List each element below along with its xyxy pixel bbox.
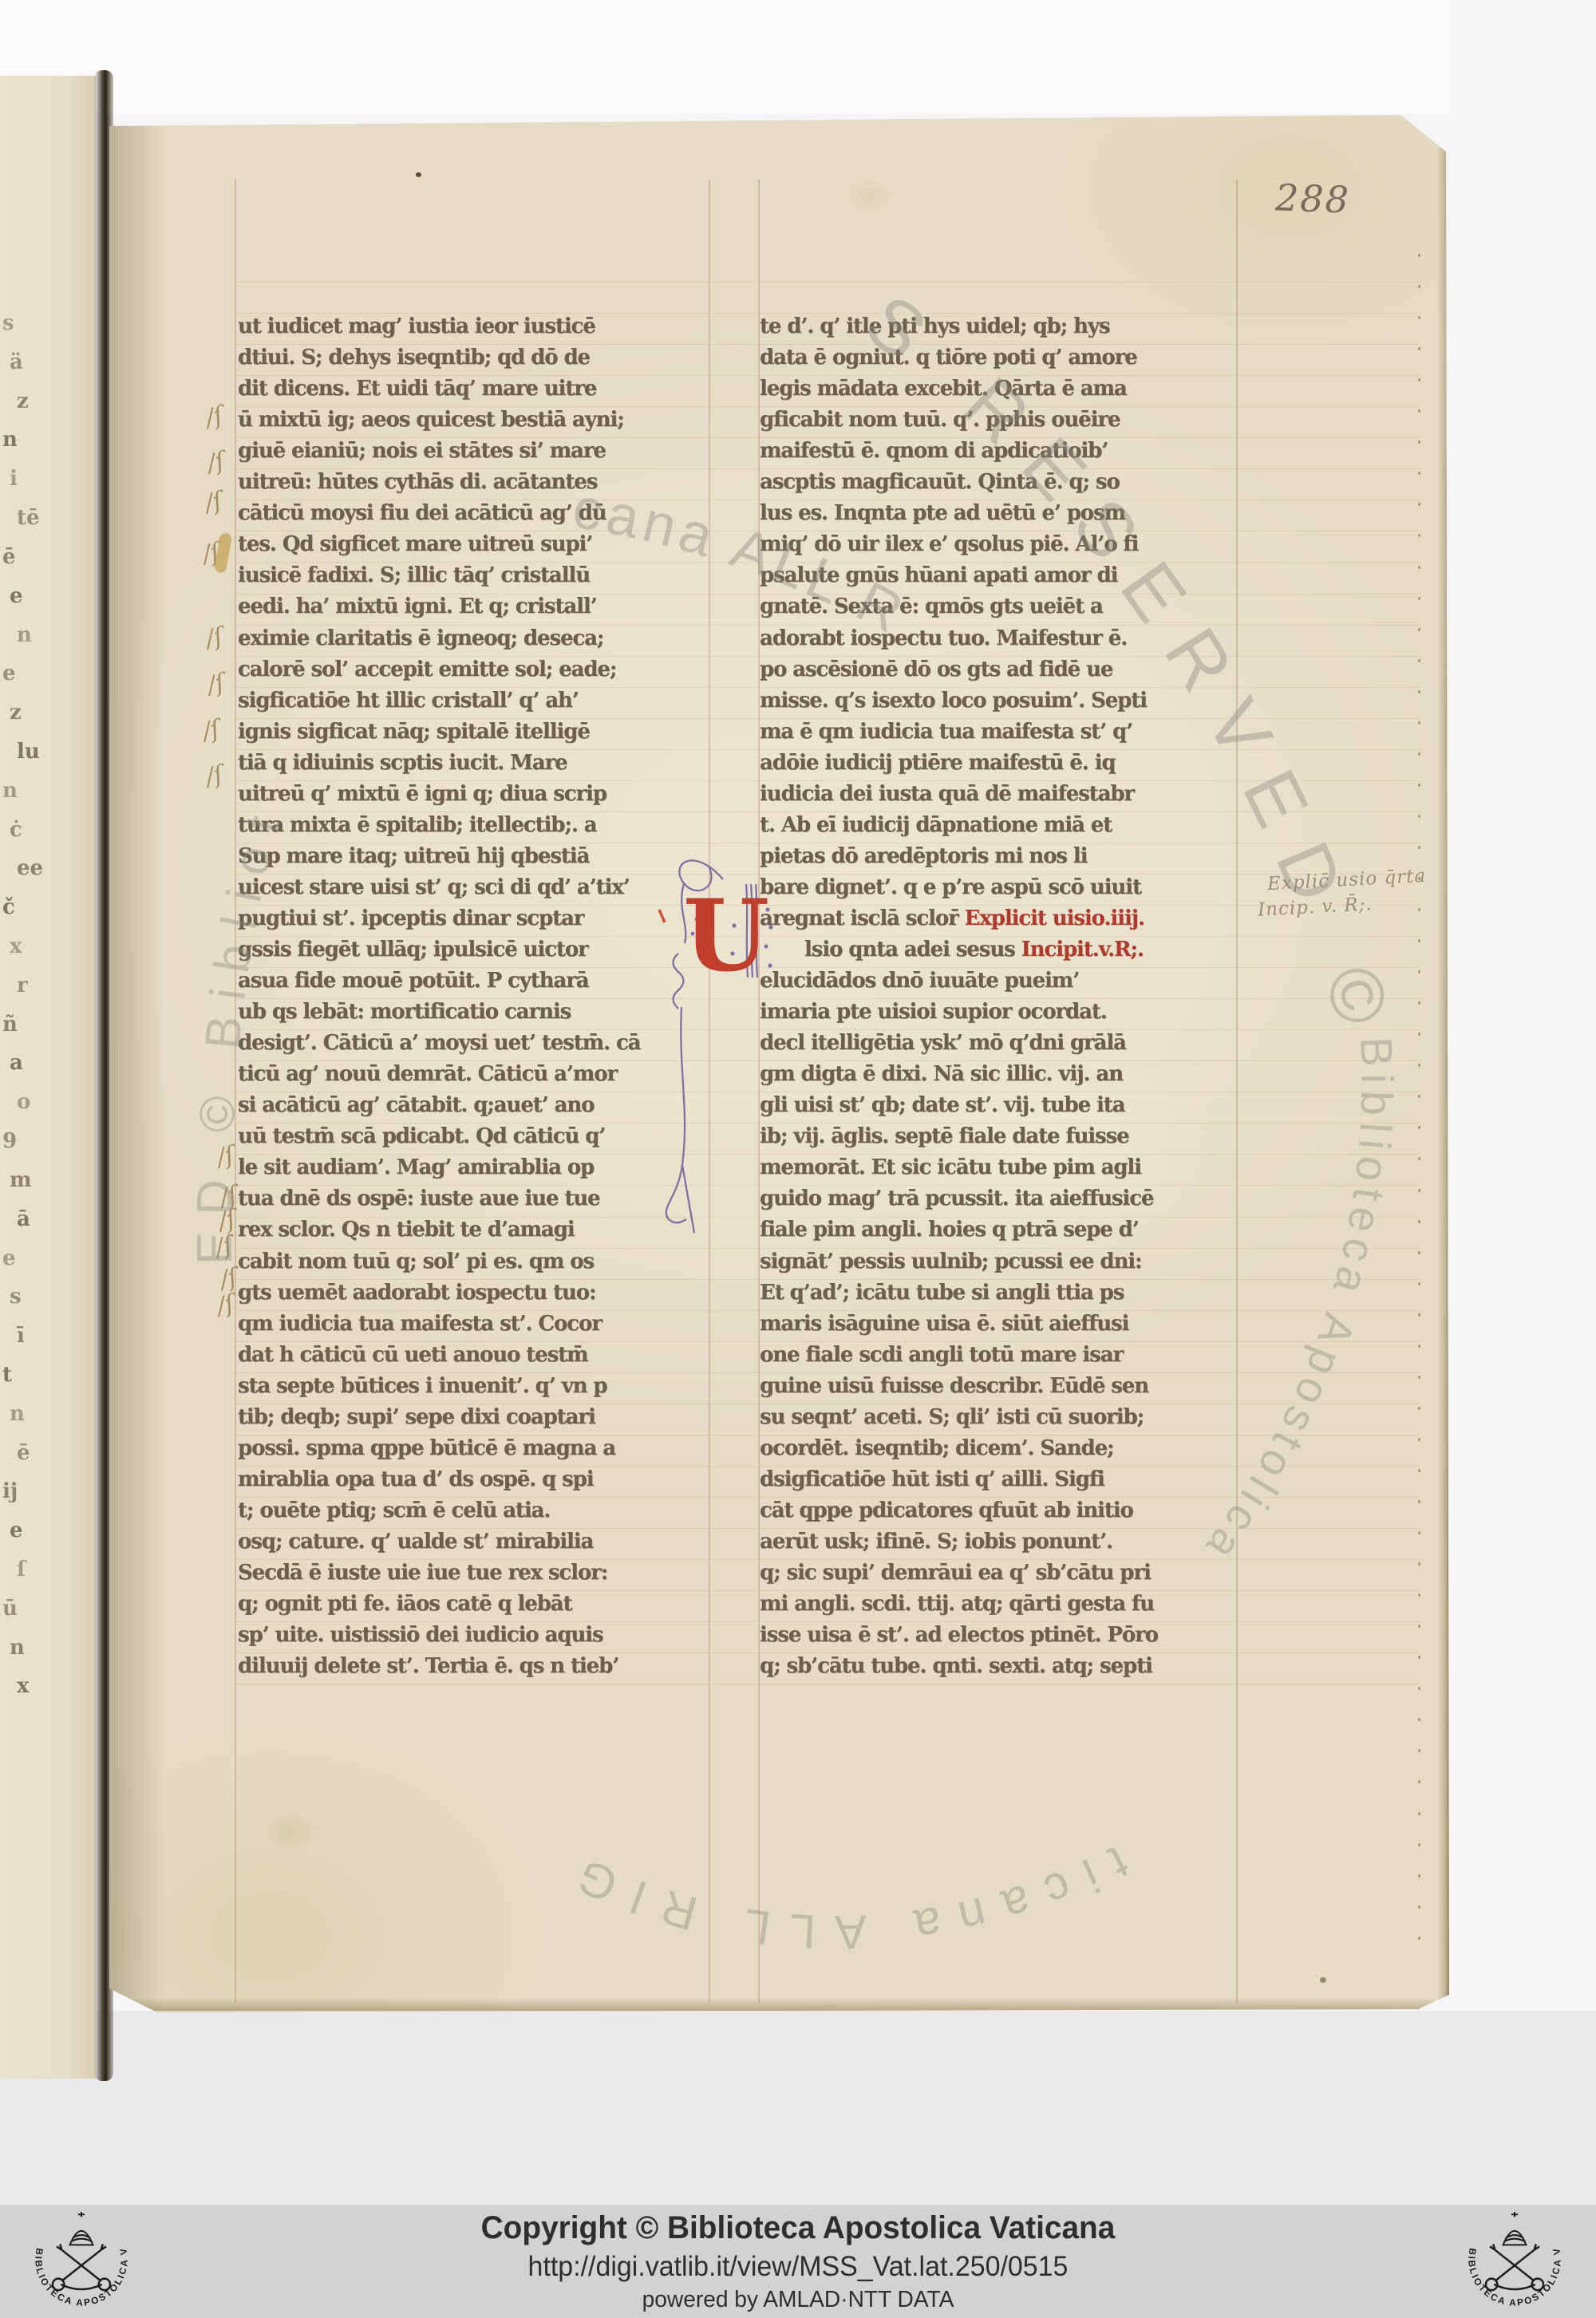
manuscript-line-right: su seqnt’ aceti. S; qli’ isti cū suorib; — [760, 1404, 1238, 1435]
manuscript-text: uū testm̄ scā pdicabt. Qd cāticū q’ — [238, 1124, 605, 1148]
manuscript-text: decl itelligētia ysk’ mō q’dni grālā — [760, 1031, 1126, 1055]
pricking-hole — [1418, 472, 1420, 475]
pricking-hole — [1418, 1874, 1420, 1878]
manuscript-line-right: ib; vij. āglis. septē fiale date fuisse — [760, 1123, 1238, 1154]
margin-correction-mark: /ſ — [199, 715, 223, 746]
manuscript-line-left: dtiui. S; dehys iseqntib; qd dō de — [238, 344, 717, 375]
manuscript-line-left: sta septe būtices i inuenit’. q’ vn p — [238, 1372, 717, 1404]
manuscript-text: q; sic supi’ demrāui ea q’ sb’cātu pri — [760, 1561, 1151, 1585]
manuscript-text: eximie claritatis ē igneoq; deseca; — [238, 626, 603, 650]
manuscript-text: Secdā ē iuste uie iue tue rex sclor: — [238, 1561, 607, 1585]
manuscript-text: guido mag’ trā pcussit. ita aieffusicē — [760, 1187, 1153, 1210]
margin-correction-mark: /ſ — [203, 401, 226, 432]
pricking-hole — [1418, 815, 1420, 818]
pricking-hole — [1418, 534, 1420, 537]
manuscript-text: ma ē qm iudicia tua maifesta st’ q’ — [760, 720, 1132, 744]
manuscript-line-right: dsigficatiōe hūt isti q’ ailli. Sigfi — [760, 1466, 1238, 1497]
manuscript-line-left: dat h cāticū cū ueti anouo testm̄ — [238, 1341, 717, 1372]
pricking-hole — [1418, 1189, 1420, 1192]
pricking-hole — [1418, 503, 1420, 506]
manuscript-text: po ascēsionē dō os gts ad fidē ue — [760, 657, 1112, 681]
pricking-hole — [1418, 1095, 1420, 1098]
manuscript-text: data ē ogniut. q tiōre poti q’ amore — [760, 346, 1137, 369]
manuscript-line-right: elucidādos dnō iuuāte pueim’ — [760, 967, 1238, 998]
vatican-library-emblem-right: BIBLIOTECA APOSTOLICA VATICANA — [1456, 2207, 1574, 2318]
manuscript-line-left: gts uemēt aadorabt iospectu tuo: — [238, 1279, 717, 1310]
margin-correction-mark: /ſ — [203, 622, 226, 654]
manuscript-text: adōie iudicij ptiēre maifestū ē. iq — [760, 751, 1116, 775]
manuscript-text: maifestū ē. qnom di apdicatioib’ — [760, 439, 1108, 463]
manuscript-line-right: adorabt iospectu tuo. Maifestur ē. — [760, 625, 1238, 656]
manuscript-line-left: uitreū: hūtes cythās di. acātantes — [238, 468, 717, 500]
manuscript-line-right: cāt qppe pdicatores qfuūt ab initio — [760, 1497, 1238, 1528]
margin-correction-mark: /ſ — [214, 1141, 237, 1172]
manuscript-line-left: calorē sol’ accepit emitte sol; eade; — [238, 656, 717, 687]
manuscript-line-left: tiā q idiuinis scptis iucit. Mare — [238, 749, 717, 780]
manuscript-line-left: ticū ag’ nouū demrāt. Cāticū a’mor — [238, 1060, 717, 1092]
manuscript-text: calorē sol’ accepit emitte sol; eade; — [238, 657, 616, 681]
manuscript-line-left: gssis fiegēt ullāq; ipulsicē uictor — [238, 936, 717, 967]
manuscript-text: ū mixtū ig; aeos quicest bestiā ayni; — [238, 408, 624, 432]
manuscript-text: pugtiui st’. ipceptis dinar scptar — [238, 906, 583, 930]
manuscript-line-left: cabit nom tuū q; sol’ pi es. qm os — [238, 1248, 717, 1279]
pricking-hole — [1418, 1780, 1420, 1783]
pricking-hole — [1418, 721, 1420, 725]
manuscript-line-right: psalute gnūs hūani apati amor di — [760, 562, 1238, 593]
manuscript-line-left: tib; deqb; supi’ sepe dixi coaptari — [238, 1404, 717, 1435]
crossed-keys-icon — [1486, 2244, 1543, 2290]
manuscript-line-right: ascptis magficauūt. Qinta ē. q; so — [760, 468, 1238, 500]
pricking-hole — [1418, 1812, 1420, 1815]
manuscript-line-right: one fiale scdi angli totū mare isar — [760, 1341, 1238, 1372]
manuscript-line-right: decl itelligētia ysk’ mō q’dni grālā — [760, 1029, 1238, 1060]
margin-tan-blob — [214, 532, 232, 574]
pricking-hole — [1418, 1251, 1420, 1254]
manuscript-line-left: tura mixta ē spitalib; itellectib;. a — [238, 811, 717, 843]
manuscript-line-right: misse. q’s isexto loco posuim’. Septi — [760, 687, 1238, 718]
manuscript-line-left: rex sclor. Qs n tiebit te d’amagi — [238, 1216, 717, 1247]
manuscript-line-right: legis mādata excebit. Qārta ē ama — [760, 375, 1238, 406]
manuscript-text: le sit audiam’. Mag’ amirablia op — [238, 1155, 594, 1179]
manuscript-line-left: ignis sigficat nāq; spitalē itelligē — [238, 718, 717, 749]
footer-caption: Copyright © Biblioteca Apostolica Vatica… — [0, 2210, 1596, 2313]
manuscript-line-left: ut iudicet mag’ iustia ieor iusticē — [238, 313, 717, 344]
pricking-hole — [1418, 1126, 1420, 1129]
pricking-hole — [1418, 1438, 1420, 1441]
pricking-hole — [1418, 690, 1420, 693]
pricking-hole — [1418, 316, 1420, 319]
manuscript-text: uitreū: hūtes cythās di. acātantes — [238, 470, 597, 494]
manuscript-text: cāticū moysi fiu dei acāticū ag’ dū — [238, 501, 606, 525]
manuscript-text: osq; cature. q’ ualde st’ mirabilia — [238, 1530, 593, 1554]
manuscript-line-left: t; ouēte ptiq; scm̄ ē celū atia. — [238, 1497, 717, 1528]
manuscript-text: gssis fiegēt ullāq; ipulsicē uictor — [238, 938, 588, 962]
pricking-hole — [1418, 908, 1420, 911]
manuscript-line-right: aerūt usk; ifinē. S; iobis ponunt’. — [760, 1528, 1238, 1559]
manuscript-text: rex sclor. Qs n tiebit te d’amagi — [238, 1218, 575, 1242]
pricking-hole — [1418, 752, 1420, 756]
manuscript-text: maris isāguine uisa ē. siūt aieffusi — [760, 1312, 1128, 1336]
manuscript-line-right: ma ē qm iudicia tua maifesta st’ q’ — [760, 718, 1238, 749]
manuscript-text: diluuij delete st’. Tertia ē. qs n tieb’ — [238, 1654, 618, 1678]
manuscript-text: psalute gnūs hūani apati amor di — [760, 563, 1117, 587]
manuscript-line-left: osq; cature. q’ ualde st’ mirabilia — [238, 1528, 717, 1559]
manuscript-text: si acāticū ag’ cātabit. q;auet’ ano — [238, 1093, 594, 1117]
manuscript-text: tiā q idiuinis scptis iucit. Mare — [238, 751, 567, 775]
pricking-hole — [1418, 1905, 1420, 1909]
manuscript-line-right: mi angli. scdi. ttij. atq; qārti gesta f… — [760, 1590, 1238, 1621]
pricking-hole — [1418, 440, 1420, 444]
manuscript-line-right: miq’ dō uir ilex e’ qsolus piē. Al’o fi — [760, 531, 1238, 562]
manuscript-line-right: signāt’ pessis uulnib; pcussi ee dni: — [760, 1248, 1238, 1279]
manuscript-line-right: guido mag’ trā pcussit. ita aieffusicē — [760, 1185, 1238, 1216]
rubric-text: Incipit.v.R;. — [1021, 938, 1144, 962]
margin-correction-mark: /ſ — [204, 447, 227, 478]
manuscript-line-right: imaria pte uisioi supior ocordat. — [760, 998, 1238, 1029]
manuscript-text: imaria pte uisioi supior ocordat. — [760, 1000, 1107, 1024]
pricking-hole — [1418, 846, 1420, 849]
pricking-hole — [1418, 939, 1420, 942]
manuscript-line-left: possi. spma qppe būticē ē magna a — [238, 1435, 717, 1466]
pricking-hole — [1418, 970, 1420, 973]
manuscript-text: gli uisi st’ qb; date st’. vij. tube ita — [760, 1093, 1124, 1117]
manuscript-text: ticū ag’ nouū demrāt. Cāticū a’mor — [238, 1062, 617, 1086]
manuscript-line-left: le sit audiam’. Mag’ amirablia op — [238, 1154, 717, 1185]
rubric-text: Explicit uisio.iiij. — [965, 906, 1144, 930]
manuscript-text: t; ouēte ptiq; scm̄ ē celū atia. — [238, 1499, 550, 1522]
manuscript-text: ib; vij. āglis. septē fiale date fuisse — [760, 1124, 1129, 1148]
pricking-hole — [1418, 1220, 1420, 1223]
pricking-hole — [1418, 1843, 1420, 1846]
manuscript-line-left: ū mixtū ig; aeos quicest bestiā ayni; — [238, 406, 717, 437]
manuscript-text: aregnat isclā sclor̄ — [760, 906, 965, 930]
manuscript-line-left: si acāticū ag’ cātabit. q;auet’ ano — [238, 1092, 717, 1123]
pricking-hole — [1418, 1469, 1420, 1472]
manuscript-line-left: uitreū q’ mixtū ē igni q; diua scrip — [238, 780, 717, 811]
manuscript-line-right: gli uisi st’ qb; date st’. vij. tube ita — [760, 1092, 1238, 1123]
manuscript-text: possi. spma qppe būticē ē magna a — [238, 1436, 615, 1460]
pricking-hole — [1418, 784, 1420, 787]
pricking-hole — [1418, 1531, 1420, 1534]
manuscript-text: ocordēt. iseqntib; dicem’. Sande; — [760, 1436, 1114, 1460]
manuscript-text: gts uemēt aadorabt iospectu tuo: — [238, 1281, 595, 1305]
manuscript-line-right: isse uisa ē st’. ad electos ptinēt. Pōro — [760, 1621, 1238, 1653]
manuscript-text: mi angli. scdi. ttij. atq; qārti gesta f… — [760, 1592, 1154, 1616]
manuscript-text: sta septe būtices i inuenit’. q’ vn p — [238, 1374, 606, 1398]
manuscript-text: lsio qnta adei sesus — [804, 938, 1021, 962]
manuscript-line-left: iusicē fadixi. S; illic tāq’ cristallū — [238, 562, 717, 593]
manuscript-text: dtiui. S; dehys iseqntib; qd dō de — [238, 346, 590, 369]
manuscript-line-left: eedi. ha’ mixtū igni. Et q; cristall’ — [238, 593, 717, 624]
manuscript-text: dsigficatiōe hūt isti q’ ailli. Sigfi — [760, 1467, 1104, 1491]
manuscript-text: tura mixta ē spitalib; itellectib;. a — [238, 813, 597, 837]
pricking-hole — [1418, 566, 1420, 569]
manuscript-text: cabit nom tuū q; sol’ pi es. qm os — [238, 1250, 594, 1274]
pricking-hole — [1418, 1562, 1420, 1566]
vatican-library-emblem-left: BIBLIOTECA APOSTOLICA VATICANA — [22, 2207, 140, 2318]
manuscript-text: lus es. Inqnta pte ad uētū e’ posm — [760, 501, 1125, 525]
ink-speck — [416, 172, 421, 177]
manuscript-text: q; ognit pti fe. iāos catē q lebāt — [238, 1592, 571, 1616]
manuscript-line-right: gficabit nom tuū. q’. pphis ouēire — [760, 406, 1238, 437]
manuscript-line-left: pugtiui st’. ipceptis dinar scptar — [238, 905, 717, 936]
manuscript-text: isse uisa ē st’. ad electos ptinēt. Pōro — [760, 1623, 1158, 1647]
manuscript-text: pietas dō aredēptoris mi nos li — [760, 844, 1087, 868]
pricking-hole — [1418, 1157, 1420, 1160]
manuscript-line-left: cāticū moysi fiu dei acāticū ag’ dū — [238, 500, 717, 531]
manuscript-line-right: bare dignet’. q e p’re aspū scō uiuit — [760, 874, 1238, 905]
manuscript-line-right: Et q’ad’; icātu tube si angli ttia ps — [760, 1279, 1238, 1310]
pricking-hole — [1418, 1345, 1420, 1348]
manuscript-line-left: asua fide mouē potūit. P cytharā — [238, 967, 717, 998]
manuscript-text: ub qs lebāt: mortificatio carnis — [238, 1000, 571, 1024]
pricking-hole — [1418, 409, 1420, 413]
manuscript-text: Et q’ad’; icātu tube si angli ttia ps — [760, 1281, 1124, 1305]
margin-correction-mark: /ſ — [212, 1231, 235, 1262]
pricking-hole — [1418, 1718, 1420, 1721]
papal-tiara-icon — [70, 2212, 93, 2245]
manuscript-text: sigficatiōe ht illic cristall’ q’ ah’ — [238, 689, 579, 713]
manuscript-text: q; sb’cātu tube. qnti. sexti. atq; septi — [760, 1654, 1152, 1678]
manuscript-line-left: sigficatiōe ht illic cristall’ q’ ah’ — [238, 687, 717, 718]
manuscript-text: qm iudicia tua maifesta st’. Cocor — [238, 1312, 602, 1336]
parchment-stain — [846, 180, 894, 211]
pricking-hole — [1418, 1313, 1420, 1317]
manuscript-line-right: pietas dō aredēptoris mi nos li — [760, 843, 1238, 874]
pricking-hole — [1418, 254, 1420, 257]
manuscript-line-right: data ē ogniut. q tiōre poti q’ amore — [760, 344, 1238, 375]
manuscript-text: asua fide mouē potūit. P cytharā — [238, 969, 589, 993]
footer-url: http://digi.vatlib.it/view/MSS_Vat.lat.2… — [24, 2251, 1572, 2283]
manuscript-line-right: gnatē. Sexta ē: qmōs gts ueiēt a — [760, 593, 1238, 624]
pricking-hole — [1418, 1407, 1420, 1410]
manuscript-text: elucidādos dnō iuuāte pueim’ — [760, 969, 1079, 993]
manuscript-text: iusicē fadixi. S; illic tāq’ cristallū — [238, 563, 590, 587]
manuscript-text: legis mādata excebit. Qārta ē ama — [760, 377, 1127, 401]
pricking-hole — [1418, 1064, 1420, 1067]
manuscript-text: memorāt. Et sic icātu tube pim agli — [760, 1155, 1141, 1179]
pricking-hole — [1418, 597, 1420, 600]
manuscript-text: desigt’. Cāticū a’ moysi uet’ testm̄. cā — [238, 1031, 640, 1055]
manuscript-text: fiale pim angli. hoies q ptrā sepe d’ — [760, 1218, 1139, 1242]
pricking-hole — [1418, 659, 1420, 662]
manuscript-line-right: aregnat isclā sclor̄ Explicit uisio.iiij… — [760, 905, 1238, 936]
manuscript-text: dat h cāticū cū ueti anouo testm̄ — [238, 1343, 587, 1367]
manuscript-line-left: uū testm̄ scā pdicabt. Qd cāticū q’ — [238, 1123, 717, 1154]
footer-copyright: Copyright © Biblioteca Apostolica Vatica… — [24, 2210, 1572, 2246]
manuscript-text: uitreū q’ mixtū ē igni q; diua scrip — [238, 782, 606, 806]
manuscript-text: t. Ab eī iudicij dāpnatione miā et — [760, 813, 1112, 837]
manuscript-text: sp’ uite. uistissiō dei iudicio aquis — [238, 1623, 603, 1647]
pricking-hole — [1418, 1593, 1420, 1597]
scanned-manuscript-page: { "folio_number": "288", "rubrics": { "e… — [0, 0, 1596, 2318]
emblem-ring-text: BIBLIOTECA APOSTOLICA VATICANA — [1456, 2207, 1563, 2308]
manuscript-line-right: maifestū ē. qnom di apdicatioib’ — [760, 437, 1238, 468]
pricking-hole — [1418, 1687, 1420, 1690]
manuscript-text: tib; deqb; supi’ sepe dixi coaptari — [238, 1405, 595, 1429]
manuscript-line-left: q; ognit pti fe. iāos catē q lebāt — [238, 1590, 717, 1621]
manuscript-text: te d’. q’ itle pti hys uidel; qb; hys — [760, 314, 1109, 338]
ink-speck — [1320, 1977, 1326, 1983]
manuscript-text: gm digta ē dixi. Nā sic illic. vij. an — [760, 1062, 1123, 1086]
manuscript-text: uicest stare uisi st’ q; sci di qd’ a’ti… — [238, 875, 630, 899]
manuscript-line-left: eximie claritatis ē igneoq; deseca; — [238, 625, 717, 656]
manuscript-line-right: lus es. Inqnta pte ad uētū e’ posm — [760, 500, 1238, 531]
manuscript-text: eedi. ha’ mixtū igni. Et q; cristall’ — [238, 594, 597, 618]
manuscript-text: misse. q’s isexto loco posuim’. Septi — [760, 689, 1147, 713]
manuscript-text: bare dignet’. q e p’re aspū scō uiuit — [760, 875, 1141, 899]
manuscript-text: gficabit nom tuū. q’. pphis ouēire — [760, 408, 1120, 432]
pricking-hole — [1418, 1033, 1420, 1036]
pricking-hole — [1418, 628, 1420, 631]
manuscript-line-right: q; sic supi’ demrāui ea q’ sb’cātu pri — [760, 1559, 1238, 1590]
manuscript-line-left: tua dnē ds ospē: iuste aue iue tue — [238, 1185, 717, 1216]
pricking-hole — [1418, 1625, 1420, 1628]
pricking-hole — [1418, 1749, 1420, 1752]
pricking-hole — [1418, 1937, 1420, 1940]
manuscript-line-right: ocordēt. iseqntib; dicem’. Sande; — [760, 1435, 1238, 1466]
pricking-hole — [1418, 1500, 1420, 1503]
manuscript-text: tes. Qd sigficet mare uitreū supi’ — [238, 532, 592, 556]
manuscript-line-left: giuē eianiū; nois ei stātes si’ mare — [238, 437, 717, 468]
manuscript-text: guine uisū fuisse describr. Eūdē sen — [760, 1374, 1148, 1398]
manuscript-text: giuē eianiū; nois ei stātes si’ mare — [238, 439, 606, 463]
manuscript-text: adorabt iospectu tuo. Maifestur ē. — [760, 626, 1127, 650]
manuscript-text: tua dnē ds ospē: iuste aue iue tue — [238, 1187, 600, 1210]
manuscript-text: aerūt usk; ifinē. S; iobis ponunt’. — [760, 1530, 1112, 1554]
manuscript-text: signāt’ pessis uulnib; pcussi ee dni: — [760, 1250, 1142, 1274]
papal-tiara-icon — [1503, 2212, 1527, 2245]
manuscript-text: Sup mare itaq; uitreū hij qbestiā — [238, 844, 589, 868]
margin-correction-mark: /ſ — [203, 760, 226, 792]
manuscript-line-right: q; sb’cātu tube. qnti. sexti. atq; septi — [760, 1653, 1238, 1684]
manuscript-text: gnatē. Sexta ē: qmōs gts ueiēt a — [760, 594, 1103, 618]
manuscript-text: mirablia opa tua d’ ds ospē. q spi — [238, 1467, 593, 1491]
manuscript-line-left: ub qs lebāt: mortificatio carnis — [238, 998, 717, 1029]
manuscript-line-left: Sup mare itaq; uitreū hij qbestiā — [238, 843, 717, 874]
manuscript-text: iudicia dei iusta quā dē maifestabr — [760, 782, 1134, 806]
pricking-hole — [1418, 285, 1420, 288]
ruling-line-horizontal — [236, 1684, 1420, 1684]
manuscript-line-right: fiale pim angli. hoies q ptrā sepe d’ — [760, 1216, 1238, 1247]
footer-powered-by: powered by AMLAD·NTT DATA — [24, 2287, 1572, 2313]
manuscript-line-left: tes. Qd sigficet mare uitreū supi’ — [238, 531, 717, 562]
manuscript-line-right: lsio qnta adei sesus Incipit.v.R;. — [760, 936, 1283, 967]
manuscript-line-left: sp’ uite. uistissiō dei iudicio aquis — [238, 1621, 717, 1653]
manuscript-line-left: qm iudicia tua maifesta st’. Cocor — [238, 1310, 717, 1341]
manuscript-text: ascptis magficauūt. Qinta ē. q; so — [760, 470, 1120, 494]
manuscript-line-right: memorāt. Et sic icātu tube pim agli — [760, 1154, 1238, 1185]
pricking-hole — [1418, 1282, 1420, 1285]
margin-correction-mark: /ſ — [214, 1289, 237, 1321]
pricking-hole — [1418, 347, 1420, 350]
manuscript-line-right: maris isāguine uisa ē. siūt aieffusi — [760, 1310, 1238, 1341]
emblem-ring-text: BIBLIOTECA APOSTOLICA VATICANA — [22, 2207, 130, 2308]
manuscript-text: ignis sigficat nāq; spitalē itelligē — [238, 720, 590, 744]
manuscript-line-right: t. Ab eī iudicij dāpnatione miā et — [760, 811, 1238, 843]
pricking-hole — [1418, 1001, 1420, 1005]
manuscript-text: ut iudicet mag’ iustia ieor iusticē — [238, 314, 595, 338]
ruling-line-vertical — [235, 180, 236, 2003]
manuscript-text: miq’ dō uir ilex e’ qsolus piē. Al’o fi — [760, 532, 1138, 556]
manuscript-line-left: uicest stare uisi st’ q; sci di qd’ a’ti… — [238, 874, 717, 905]
folio-number: 288 — [1274, 176, 1351, 221]
manuscript-line-left: desigt’. Cāticū a’ moysi uet’ testm̄. cā — [238, 1029, 717, 1060]
pricking-hole — [1418, 1376, 1420, 1379]
manuscript-line-right: guine uisū fuisse describr. Eūdē sen — [760, 1372, 1238, 1404]
manuscript-text: one fiale scdi angli totū mare isar — [760, 1343, 1123, 1367]
page-content-layer: ut iudicet mag’ iustia ieor iusticēdtiui… — [0, 0, 1596, 2318]
crossed-keys-icon — [53, 2244, 110, 2290]
parchment-stain — [263, 1811, 319, 1851]
margin-correction-mark: /ſ — [204, 669, 227, 700]
margin-correction-mark: /ſ — [202, 487, 225, 518]
pricking-hole — [1418, 1656, 1420, 1659]
manuscript-text: cāt qppe pdicatores qfuūt ab initio — [760, 1499, 1133, 1522]
manuscript-line-left: dit dicens. Et uidi tāq’ mare uitre — [238, 375, 717, 406]
manuscript-line-right: te d’. q’ itle pti hys uidel; qb; hys — [760, 313, 1238, 344]
manuscript-line-right: iudicia dei iusta quā dē maifestabr — [760, 780, 1238, 811]
manuscript-line-left: diluuij delete st’. Tertia ē. qs n tieb’ — [238, 1653, 717, 1684]
manuscript-line-right: po ascēsionē dō os gts ad fidē ue — [760, 656, 1238, 687]
manuscript-line-right: adōie iudicij ptiēre maifestū ē. iq — [760, 749, 1238, 780]
ruling-line-horizontal — [236, 282, 1420, 282]
manuscript-text: su seqnt’ aceti. S; qli’ isti cū suorib; — [760, 1405, 1144, 1429]
manuscript-line-left: Secdā ē iuste uie iue tue rex sclor: — [238, 1559, 717, 1590]
pricking-hole — [1418, 378, 1420, 381]
manuscript-line-right: gm digta ē dixi. Nā sic illic. vij. an — [760, 1060, 1238, 1092]
manuscript-line-left: mirablia opa tua d’ ds ospē. q spi — [238, 1466, 717, 1497]
manuscript-text: dit dicens. Et uidi tāq’ mare uitre — [238, 377, 596, 401]
